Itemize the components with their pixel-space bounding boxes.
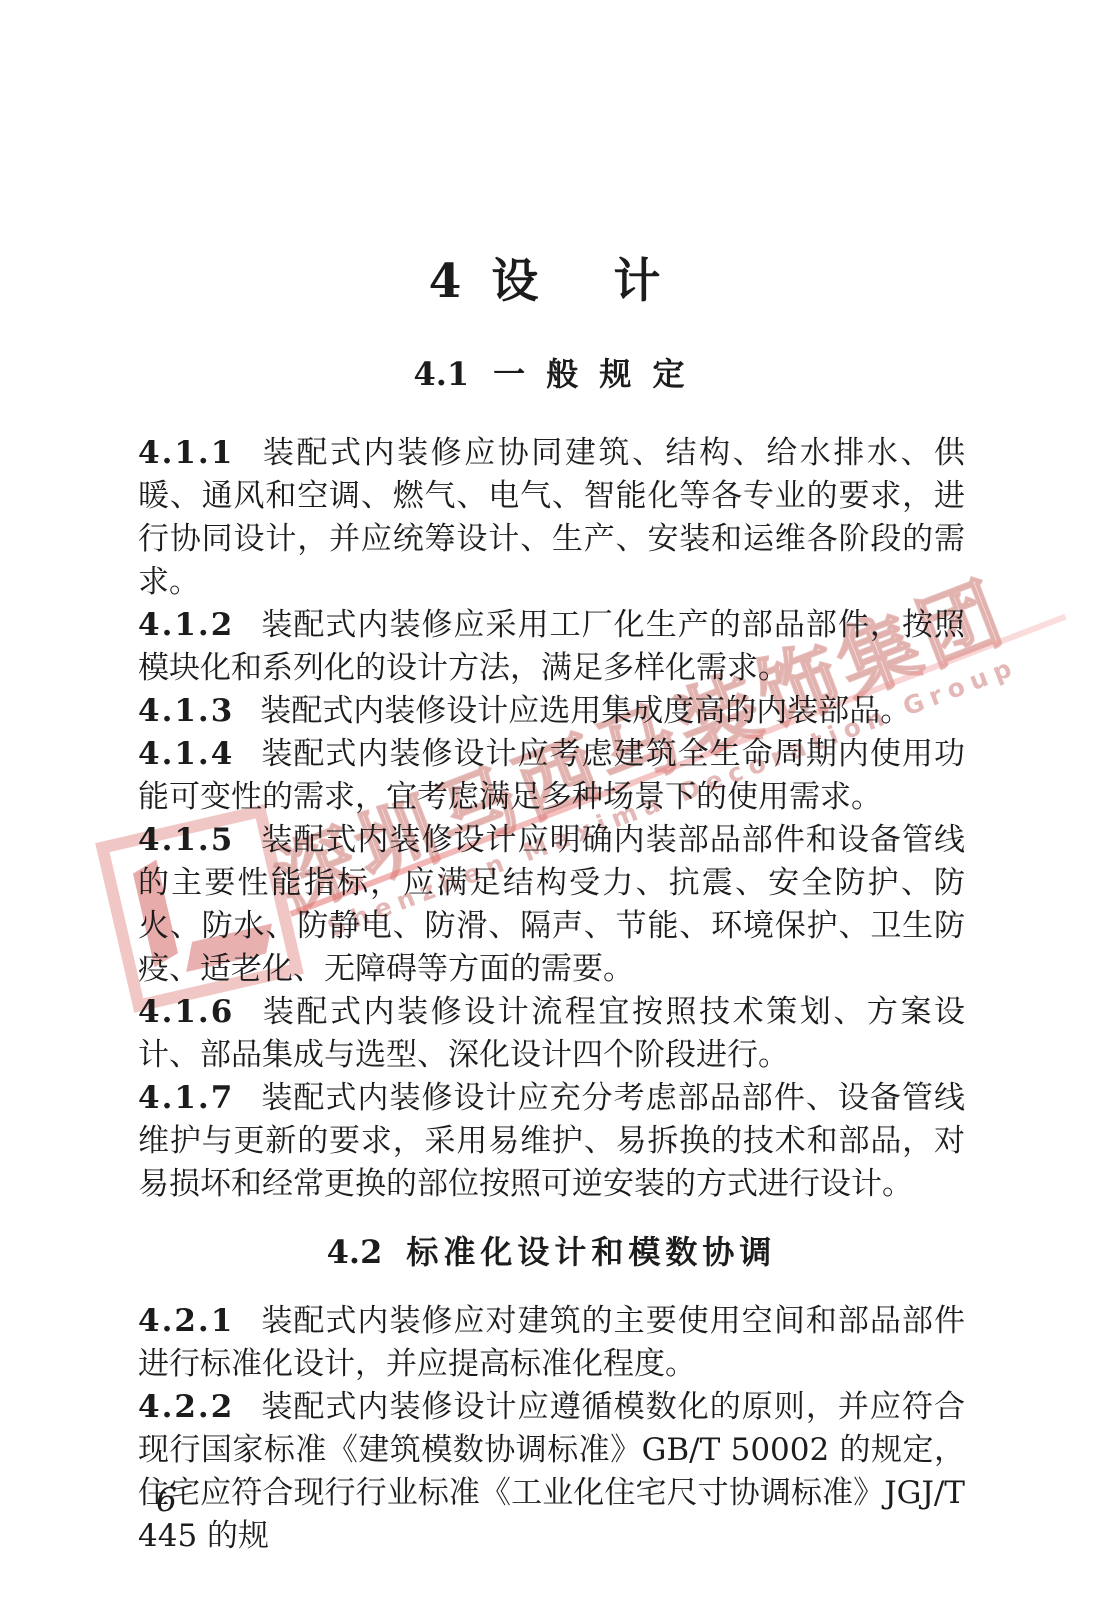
clause-number: 4.1.5 xyxy=(138,822,234,858)
clause-text: 装配式内装修应采用工厂化生产的部品部件，按照模块化和系列化的设计方法，满足多样化… xyxy=(138,607,965,686)
page-content: 4设 计 4.1一 般 规 定 4.1.1装配式内装修应协同建筑、结构、给水排水… xyxy=(0,254,1103,1558)
section-number: 4.1 xyxy=(413,355,469,393)
clause-number: 4.1.7 xyxy=(138,1080,234,1116)
clause-4-1-4: 4.1.4装配式内装修设计应考虑建筑全生命周期内使用功能可变性的需求，宜考虑满足… xyxy=(138,733,965,819)
clause-4-1-7: 4.1.7装配式内装修设计应充分考虑部品部件、设备管线维护与更新的要求，采用易维… xyxy=(138,1077,965,1206)
chapter-title-text: 设 计 xyxy=(491,254,674,309)
clause-number: 4.1.2 xyxy=(138,607,234,643)
section-4-1-clauses: 4.1.1装配式内装修应协同建筑、结构、给水排水、供暖、通风和空调、燃气、电气、… xyxy=(138,432,965,1206)
clause-number: 4.1.6 xyxy=(138,994,234,1030)
clause-text: 装配式内装修设计应选用集成度高的内装部品。 xyxy=(260,693,911,729)
clause-4-1-5: 4.1.5装配式内装修设计应明确内装部品部件和设备管线的主要性能指标，应满足结构… xyxy=(138,819,965,991)
clause-text: 装配式内装修设计应充分考虑部品部件、设备管线维护与更新的要求，采用易维护、易拆换… xyxy=(138,1080,965,1202)
clause-text: 装配式内装修设计应遵循模数化的原则，并应符合现行国家标准《建筑模数协调标准》GB… xyxy=(138,1389,965,1554)
section-title-text: 标准化设计和模数协调 xyxy=(406,1233,776,1271)
clause-4-2-2: 4.2.2装配式内装修设计应遵循模数化的原则，并应符合现行国家标准《建筑模数协调… xyxy=(138,1386,965,1558)
chapter-heading: 4设 计 xyxy=(138,254,965,310)
page-number: 6 xyxy=(156,1480,177,1519)
clause-text: 装配式内装修设计流程宜按照技术策划、方案设计、部品集成与选型、深化设计四个阶段进… xyxy=(138,994,965,1073)
clause-text: 装配式内装修设计应考虑建筑全生命周期内使用功能可变性的需求，宜考虑满足多种场景下… xyxy=(138,736,965,815)
clause-4-2-1: 4.2.1装配式内装修应对建筑的主要使用空间和部品部件进行标准化设计，并应提高标… xyxy=(138,1300,965,1386)
clause-text: 装配式内装修应协同建筑、结构、给水排水、供暖、通风和空调、燃气、电气、智能化等各… xyxy=(138,435,965,600)
clause-text: 装配式内装修应对建筑的主要使用空间和部品部件进行标准化设计，并应提高标准化程度。 xyxy=(138,1303,965,1382)
clause-number: 4.2.2 xyxy=(138,1389,234,1425)
section-title-text: 一 般 规 定 xyxy=(493,355,689,393)
clause-number: 4.1.3 xyxy=(138,693,234,729)
section-heading-4-1: 4.1一 般 规 定 xyxy=(138,354,965,396)
clause-number: 4.2.1 xyxy=(138,1303,234,1339)
section-4-2-clauses: 4.2.1装配式内装修应对建筑的主要使用空间和部品部件进行标准化设计，并应提高标… xyxy=(138,1300,965,1558)
clause-text: 装配式内装修设计应明确内装部品部件和设备管线的主要性能指标，应满足结构受力、抗震… xyxy=(138,822,965,987)
clause-4-1-3: 4.1.3装配式内装修设计应选用集成度高的内装部品。 xyxy=(138,690,965,733)
section-heading-4-2: 4.2标准化设计和模数协调 xyxy=(138,1232,965,1274)
document-page: 深圳马西马装饰集团 Shenzhen Maxima Decoration Gro… xyxy=(0,0,1103,1597)
chapter-number: 4 xyxy=(429,254,462,309)
section-number: 4.2 xyxy=(327,1233,383,1271)
clause-4-1-1: 4.1.1装配式内装修应协同建筑、结构、给水排水、供暖、通风和空调、燃气、电气、… xyxy=(138,432,965,604)
clause-4-1-2: 4.1.2装配式内装修应采用工厂化生产的部品部件，按照模块化和系列化的设计方法，… xyxy=(138,604,965,690)
clause-4-1-6: 4.1.6装配式内装修设计流程宜按照技术策划、方案设计、部品集成与选型、深化设计… xyxy=(138,991,965,1077)
clause-number: 4.1.4 xyxy=(138,736,234,772)
clause-number: 4.1.1 xyxy=(138,435,234,471)
